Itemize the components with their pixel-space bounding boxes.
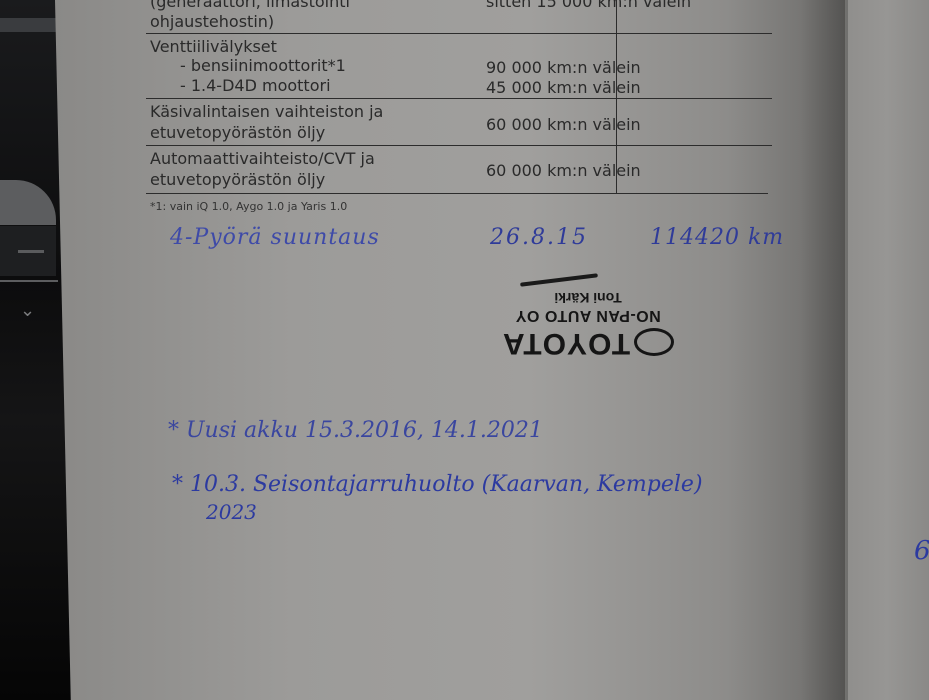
dealer-stamp: TOYOTA NO-PAN AUTO OY Toni Kärki bbox=[488, 276, 688, 360]
table-cell-item: - bensiinimoottorit*1 bbox=[150, 56, 346, 75]
table-cell-item: - 1.4-D4D moottori bbox=[150, 76, 331, 95]
background-divider bbox=[0, 280, 58, 282]
table-cell-interval: 90 000 km:n välein bbox=[486, 58, 641, 77]
table-cell-item: etuvetopyörästön öljy bbox=[150, 170, 325, 189]
stamp-name: Toni Kärki bbox=[488, 290, 688, 306]
table-cell-interval: sitten 15 000 km:n välein bbox=[486, 0, 691, 11]
page-fold-shadow bbox=[800, 0, 848, 700]
toyota-logo-icon bbox=[634, 328, 674, 356]
table-cell-item: Automaattivaihteisto/CVT ja bbox=[150, 149, 375, 168]
table-row-divider bbox=[146, 33, 772, 34]
handwritten-note-parking-brake-year: 2023 bbox=[206, 500, 257, 524]
handwritten-note-alignment-mileage: 114420 km bbox=[650, 225, 784, 250]
stamp-company: NO-PAN AUTO OY bbox=[488, 306, 688, 324]
handwritten-note-battery: * Uusi akku 15.3.2016, 14.1.2021 bbox=[168, 418, 543, 443]
table-cell-item: (generaattori, ilmastointi bbox=[150, 0, 350, 11]
table-cell-item: ohjaustehostin) bbox=[150, 12, 274, 31]
table-cell-item: Käsivalintaisen vaihteiston ja bbox=[150, 102, 383, 121]
stamp-brand: TOYOTA bbox=[502, 327, 630, 360]
background-trim bbox=[0, 18, 60, 32]
minus-icon bbox=[18, 250, 44, 253]
handwritten-note-parking-brake: * 10.3. Seisontajarruhuolto (Kaarvan, Ke… bbox=[172, 472, 703, 497]
chevron-down-icon: ⌄ bbox=[20, 300, 35, 321]
handwritten-edge-mark: 6 bbox=[914, 536, 929, 566]
table-cell-interval: 60 000 km:n välein bbox=[486, 161, 641, 180]
handwritten-note-alignment-date: 26.8.15 bbox=[490, 225, 588, 250]
table-cell-item: etuvetopyörästön öljy bbox=[150, 123, 325, 142]
table-row-divider bbox=[146, 145, 772, 146]
handwritten-note-alignment: 4-Pyörä suuntaus bbox=[170, 225, 380, 250]
table-cell-interval: 45 000 km:n välein bbox=[486, 78, 641, 97]
table-cell-item: Venttiilivälykset bbox=[150, 37, 277, 56]
next-page-edge bbox=[845, 0, 929, 700]
table-row-divider bbox=[146, 98, 772, 99]
table-cell-interval: 60 000 km:n välein bbox=[486, 115, 641, 134]
table-row-divider bbox=[146, 193, 768, 194]
table-footnote: *1: vain iQ 1.0, Aygo 1.0 ja Yaris 1.0 bbox=[150, 200, 347, 213]
